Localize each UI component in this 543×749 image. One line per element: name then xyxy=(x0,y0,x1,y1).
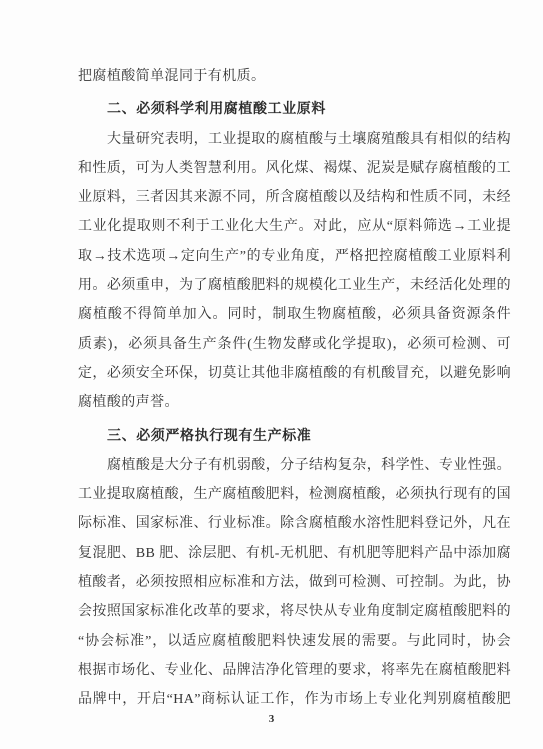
paragraph-line: 用。必须重申，为了腐植酸肥料的规模化工业生产，未经活化处理的 xyxy=(78,271,511,300)
paragraph-line: 大量研究表明，工业提取的腐植酸与土壤腐殖酸具有相似的结构 xyxy=(78,125,511,154)
paragraph-line: “协会标准”，以适应腐植酸肥料快速发展的需要。与此同时，协会 xyxy=(78,627,511,656)
section-heading: 二、必须科学利用腐植酸工业原料 xyxy=(78,95,511,124)
paragraph-line: 和性质，可为人类智慧利用。风化煤、褐煤、泥炭是赋存腐植酸的工 xyxy=(78,154,511,183)
paragraph-line: 定，必须安全环保，切莫让其他非腐植酸的有机酸冒充，以避免影响 xyxy=(78,359,511,388)
paragraph-line: 业原料，三者因其来源不同，所含腐植酸以及结构和性质不同，未经 xyxy=(78,183,511,212)
document-body: 把腐植酸简单混同于有机质。二、必须科学利用腐植酸工业原料大量研究表明，工业提取的… xyxy=(78,62,511,715)
paragraph-line: 复混肥、BB 肥、涂层肥、有机-无机肥、有机肥等肥料产品中添加腐 xyxy=(78,539,511,568)
paragraph-line: 会按照国家标准化改革的要求，将尽快从专业角度制定腐植酸肥料的 xyxy=(78,597,511,626)
paragraph-line: 把腐植酸简单混同于有机质。 xyxy=(78,62,511,91)
paragraph-line: 工业化提取则不利于工业化大生产。对此，应从“原料筛选→工业提 xyxy=(78,212,511,241)
paragraph-line: 根据市场化、专业化、品牌洁净化管理的要求，将率先在腐植酸肥料 xyxy=(78,656,511,685)
paragraph-line: 质素)，必须具备生产条件(生物发酵或化学提取)，必须可检测、可鉴 xyxy=(78,330,511,359)
section-heading: 三、必须严格执行现有生产标准 xyxy=(78,422,511,451)
paragraph-line: 腐植酸是大分子有机弱酸，分子结构复杂，科学性、专业性强。 xyxy=(78,451,511,480)
paragraph-line: 腐植酸不得简单加入。同时，制取生物腐植酸，必须具备资源条件(木 xyxy=(78,300,511,329)
paragraph-line: 取→技术选项→定向生产”的专业角度，严格把控腐植酸工业原料利 xyxy=(78,242,511,271)
paragraph-line: 品牌中，开启“HA”商标认证工作，作为市场上专业化判别腐植酸肥 xyxy=(78,685,511,714)
paragraph-line: 腐植酸的声誉。 xyxy=(78,388,511,417)
paragraph-line: 植酸者，必须按照相应标准和方法，做到可检测、可控制。为此，协 xyxy=(78,568,511,597)
paragraph-line: 工业提取腐植酸，生产腐植酸肥料，检测腐植酸，必须执行现有的国 xyxy=(78,480,511,509)
document-page: 把腐植酸简单混同于有机质。二、必须科学利用腐植酸工业原料大量研究表明，工业提取的… xyxy=(0,0,543,749)
page-number: 3 xyxy=(0,713,543,725)
paragraph-line: 际标准、国家标准、行业标准。除含腐植酸水溶性肥料登记外，凡在 xyxy=(78,509,511,538)
